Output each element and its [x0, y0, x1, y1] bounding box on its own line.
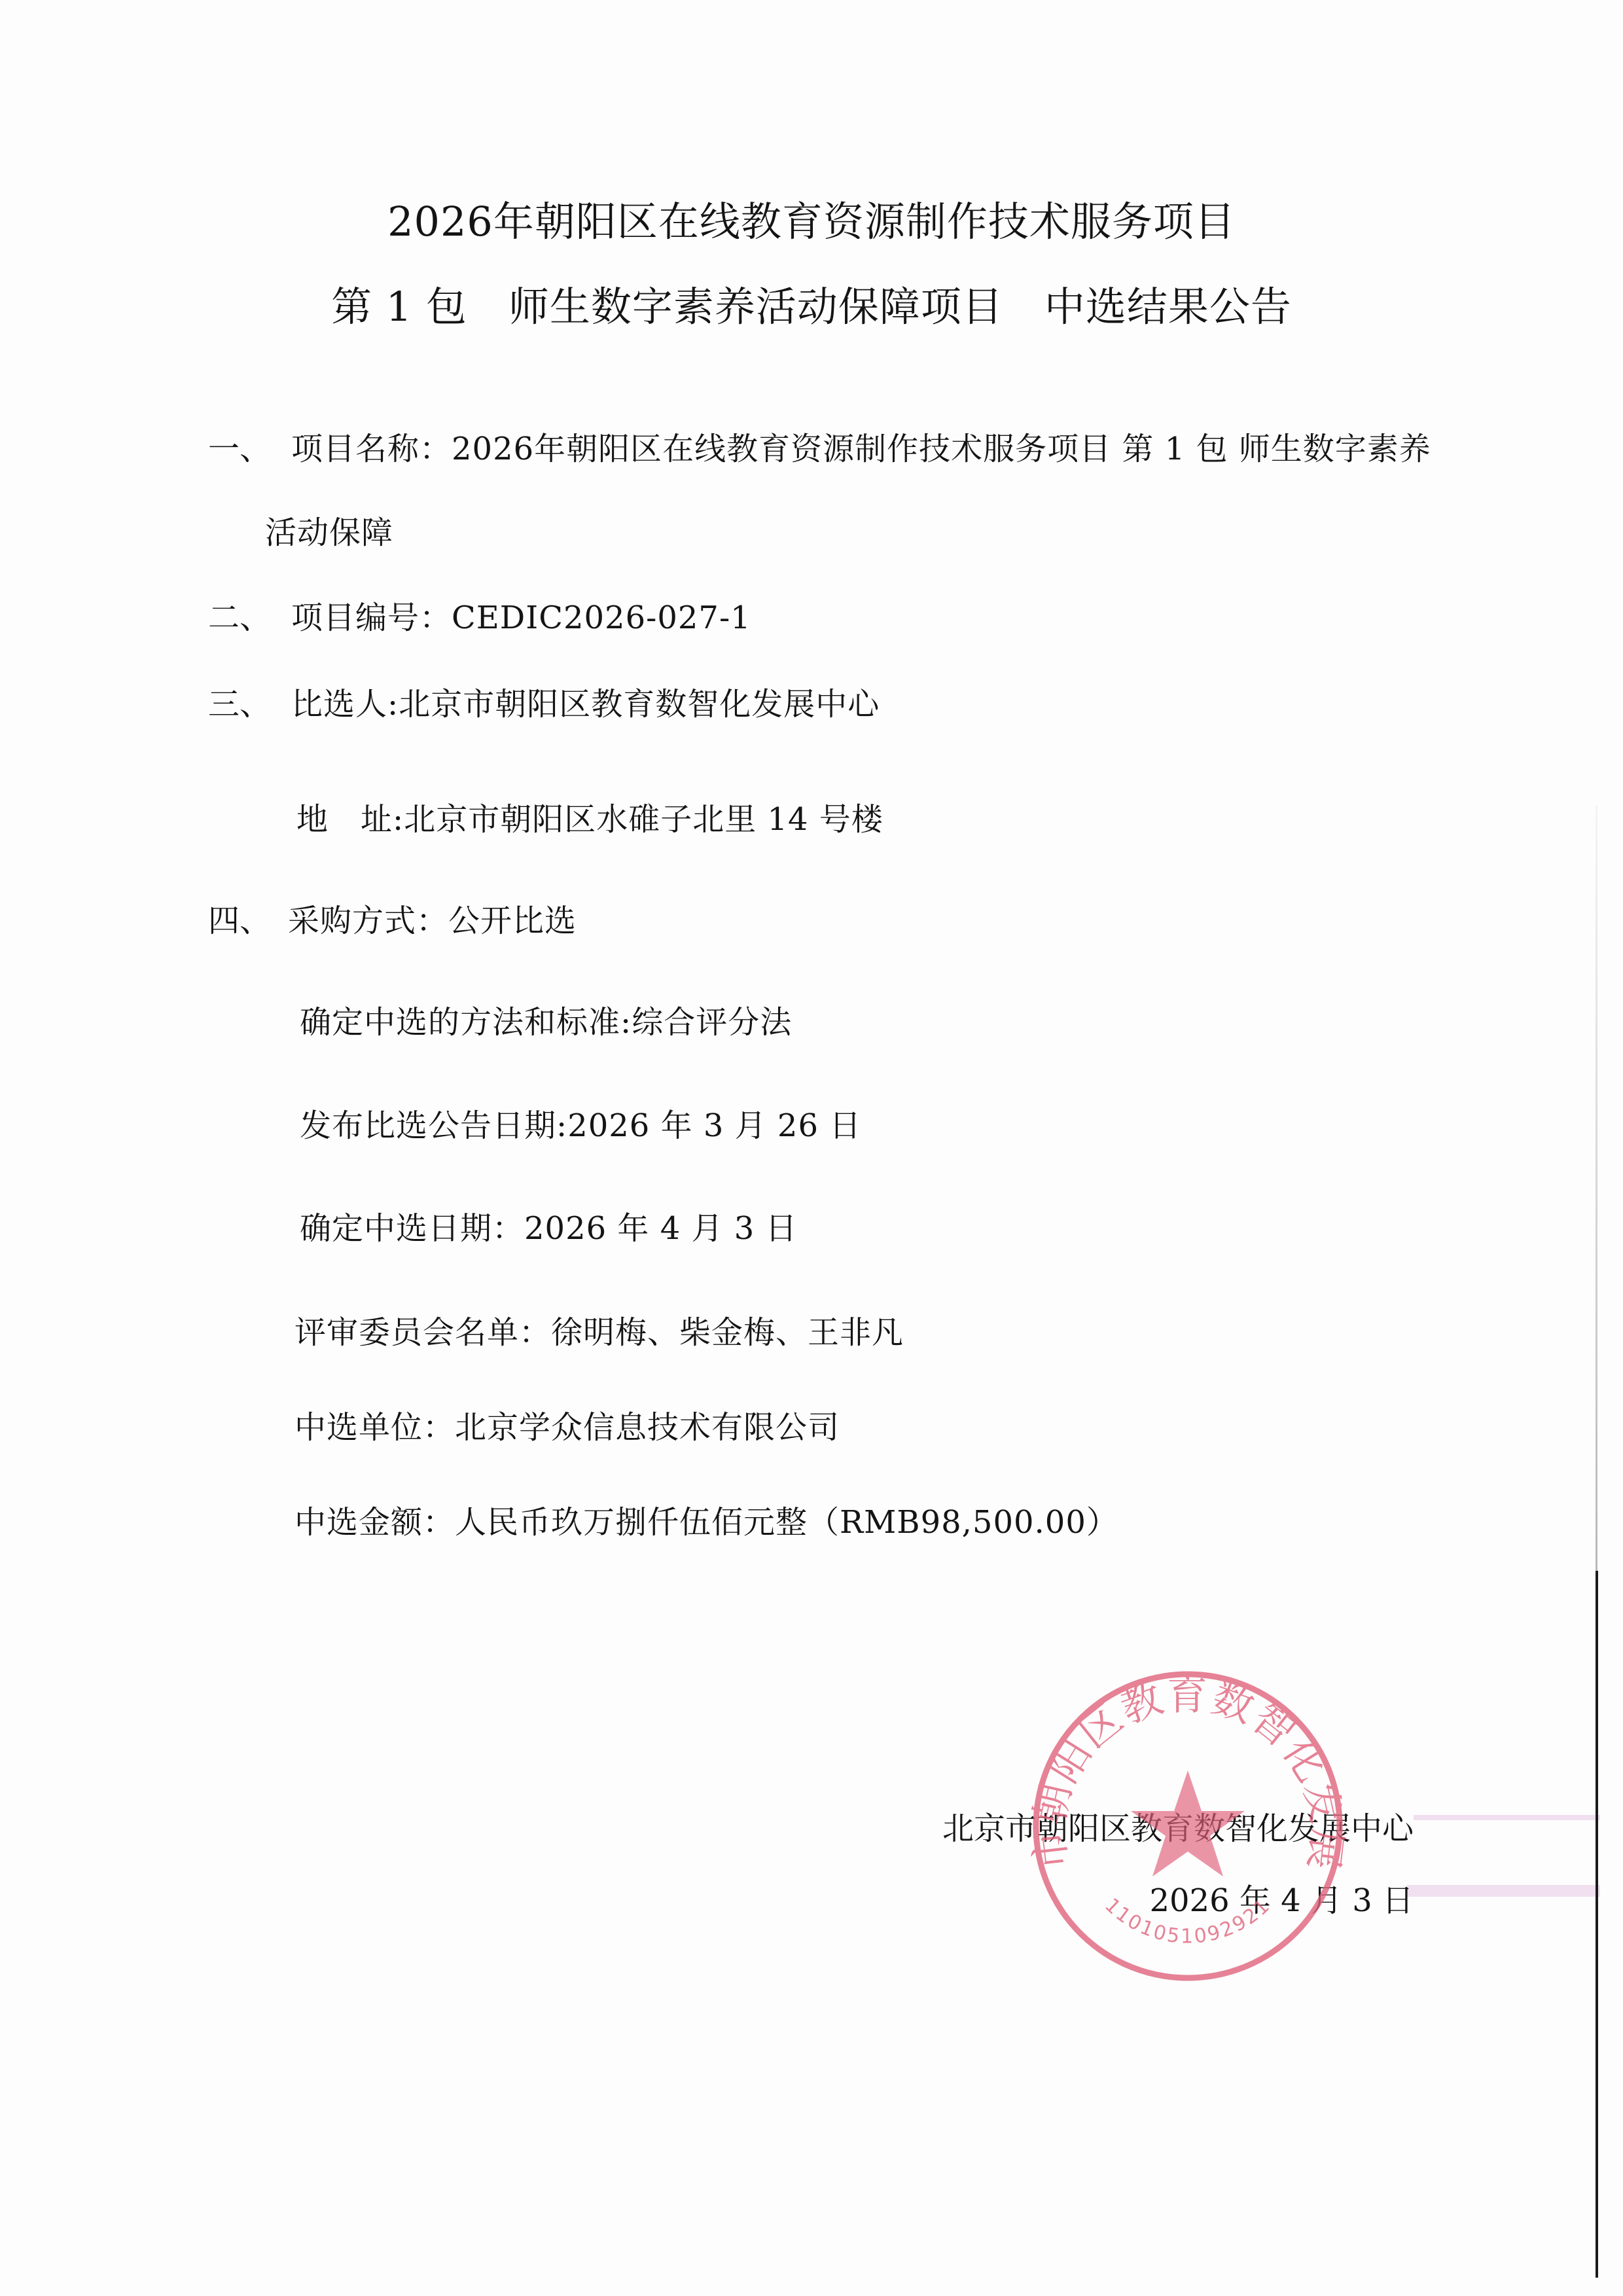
section-3-line: 比选人:北京市朝阳区教育数智化发展中心: [291, 689, 880, 720]
detail-label: 确定中选日期：: [300, 1210, 524, 1247]
detail-winning-bidder: 中选单位：北京学众信息技术有限公司: [294, 1412, 840, 1443]
procuring-entity: 北京市朝阳区教育数智化发展中心: [399, 686, 880, 723]
address-value: 北京市朝阳区水碓子北里 14 号楼: [404, 801, 883, 838]
detail-winning-amount: 中选金额：人民币玖万捌仟伍佰元整（RMB98,500.00）: [294, 1507, 1118, 1538]
section-4-numeral: 四、: [208, 905, 271, 937]
detail-label: 中选金额：: [294, 1504, 455, 1541]
detail-selection-date: 确定中选日期：2026 年 4 月 3 日: [300, 1213, 798, 1244]
procurement-method: 公开比选: [448, 903, 577, 939]
detail-label: 评审委员会名单：: [294, 1314, 551, 1351]
section-1-value: 2026年朝阳区在线教育资源制作技术服务项目 第 1 包 师生数字素养: [452, 431, 1431, 467]
scan-artifact-line: [1407, 1885, 1600, 1897]
detail-committee: 评审委员会名单：徐明梅、柴金梅、王非凡: [294, 1317, 904, 1348]
detail-value: 综合评分法: [632, 1004, 792, 1041]
detail-value: 2026 年 4 月 3 日: [524, 1210, 798, 1247]
section-4-line: 采购方式：公开比选: [288, 905, 577, 937]
section-1-numeral: 一、: [208, 433, 271, 465]
address-line: 地 址:北京市朝阳区水碓子北里 14 号楼: [296, 804, 883, 835]
detail-label: 发布比选公告日期:: [300, 1107, 567, 1144]
section-3-label: 比选人:: [291, 686, 399, 723]
project-number: CEDIC2026-027-1: [452, 600, 751, 636]
scan-edge-line: [1596, 805, 1597, 1571]
section-1-continuation: 活动保障: [265, 517, 393, 548]
signature-date: 2026 年 4 月 3 日: [1149, 1885, 1414, 1916]
detail-value: 2026 年 3 月 26 日: [567, 1107, 861, 1144]
section-2-label: 项目编号：: [291, 600, 452, 636]
section-3-numeral: 三、: [208, 689, 271, 720]
section-1-label: 项目名称：: [291, 431, 452, 467]
title-line-2: 第 1 包 师生数字素养活动保障项目 中选结果公告: [0, 287, 1623, 327]
detail-evaluation-method: 确定中选的方法和标准:综合评分法: [300, 1007, 792, 1038]
scan-edge-line: [1596, 1571, 1598, 2278]
section-2-line: 项目编号：CEDIC2026-027-1: [291, 602, 751, 634]
document-page: 2026年朝阳区在线教育资源制作技术服务项目 第 1 包 师生数字素养活动保障项…: [0, 0, 1623, 2296]
address-label: 地 址:: [296, 801, 404, 838]
scan-artifact-line: [1414, 1815, 1600, 1820]
section-4-label: 采购方式：: [288, 903, 448, 939]
detail-label: 中选单位：: [294, 1409, 455, 1446]
detail-announcement-date: 发布比选公告日期:2026 年 3 月 26 日: [300, 1110, 861, 1141]
section-1-line: 项目名称：2026年朝阳区在线教育资源制作技术服务项目 第 1 包 师生数字素养: [291, 433, 1431, 465]
title-line-1: 2026年朝阳区在线教育资源制作技术服务项目: [0, 202, 1623, 242]
detail-value: 人民币玖万捌仟伍佰元整（RMB98,500.00）: [455, 1504, 1118, 1541]
detail-label: 确定中选的方法和标准:: [300, 1004, 632, 1041]
signature-organization: 北京市朝阳区教育数智化发展中心: [942, 1813, 1414, 1844]
detail-value: 北京学众信息技术有限公司: [455, 1409, 840, 1446]
section-2-numeral: 二、: [208, 602, 271, 634]
detail-value: 徐明梅、柴金梅、王非凡: [551, 1314, 904, 1351]
